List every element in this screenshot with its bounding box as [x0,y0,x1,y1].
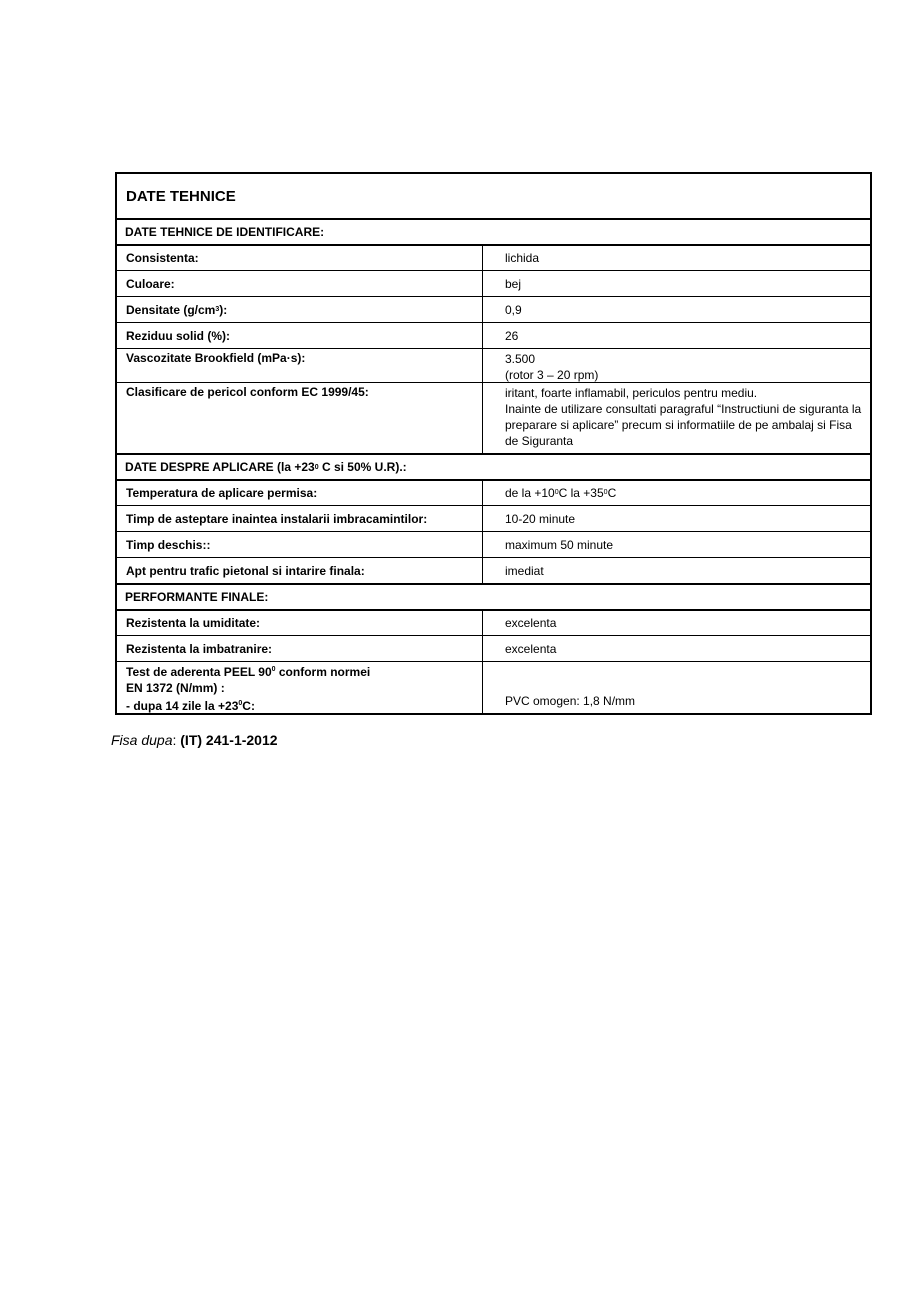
table-row: Reziduu solid (%):26 [117,322,870,348]
source-footnote: Fisa dupa: (IT) 241-1-2012 [111,732,278,748]
table-row: Consistenta:lichida [117,244,870,270]
table-row: Rezistenta la umiditate:excelenta [117,609,870,635]
table-row: Vascozitate Brookfield (mPa·s):3.500(rot… [117,348,870,382]
section-heading-application: DATE DESPRE APLICARE (la +230 C si 50% U… [117,453,870,479]
section-heading-identification: DATE TEHNICE DE IDENTIFICARE: [117,218,870,244]
section-heading-performance: PERFORMANTE FINALE: [117,583,870,609]
table-row: Temperatura de aplicare permisa:de la +1… [117,479,870,505]
table-row: Apt pentru trafic pietonal si intarire f… [117,557,870,583]
table-title: DATE TEHNICE [117,174,870,218]
table-row: Clasificare de pericol conform EC 1999/4… [117,382,870,453]
technical-data-table: DATE TEHNICE DATE TEHNICE DE IDENTIFICAR… [115,172,872,715]
table-row: Timp deschis::maximum 50 minute [117,531,870,557]
table-row: Rezistenta la imbatranire:excelenta [117,635,870,661]
table-row: Culoare:bej [117,270,870,296]
table-row: Timp de asteptare inaintea instalarii im… [117,505,870,531]
table-row: Test de aderenta PEEL 900 conform normei… [117,661,870,713]
table-row: Densitate (g/cm3):0,9 [117,296,870,322]
